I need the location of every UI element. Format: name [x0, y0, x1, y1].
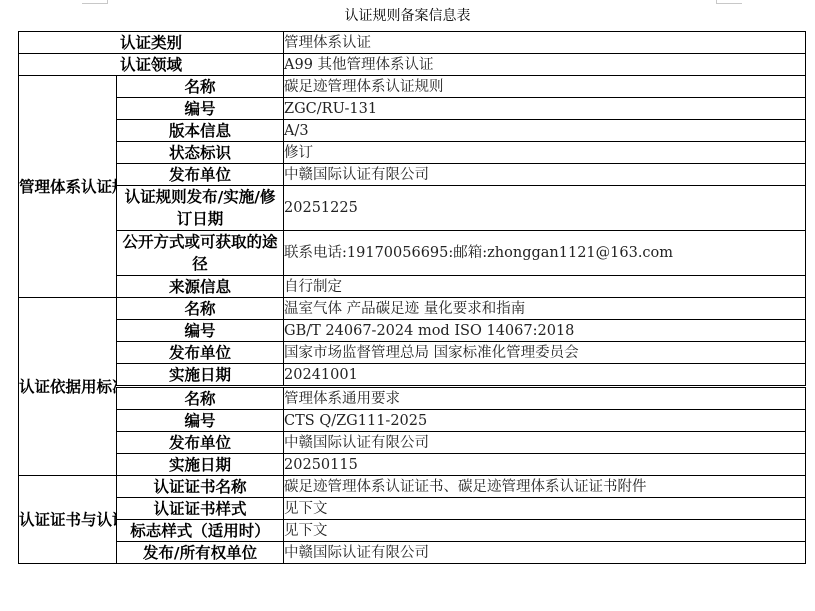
field-value: 碳足迹管理体系认证证书、碳足迹管理体系认证证书附件 — [284, 476, 806, 498]
field-label: 发布单位 — [117, 342, 284, 364]
table-row: 标志样式（适用时） 见下文 — [19, 520, 806, 542]
table-row: 来源信息 自行制定 — [19, 276, 806, 298]
field-value: CTS Q/ZG111-2025 — [284, 410, 806, 432]
table-row: 认证证书与认证标志 认证证书名称 碳足迹管理体系认证证书、碳足迹管理体系认证证书… — [19, 476, 806, 498]
field-label: 发布单位 — [117, 432, 284, 454]
table-row: 版本信息 A/3 — [19, 120, 806, 142]
field-value: A99 其他管理体系认证 — [284, 54, 806, 76]
field-value: ZGC/RU-131 — [284, 98, 806, 120]
field-value: 修订 — [284, 142, 806, 164]
field-value: 20251225 — [284, 186, 806, 231]
table-row: 认证证书样式 见下文 — [19, 498, 806, 520]
table-row-cert-category: 认证类别 管理体系认证 — [19, 32, 806, 54]
table-row: 发布单位 中赣国际认证有限公司 — [19, 164, 806, 186]
field-value: 20250115 — [284, 454, 806, 476]
page-corner-mark-left — [82, 0, 108, 4]
field-label: 名称 — [117, 298, 284, 320]
table-row: 认证依据用标准或技术规范 名称 温室气体 产品碳足迹 量化要求和指南 — [19, 298, 806, 320]
field-value: 联系电话:19170056695:邮箱:zhonggan1121@163.com — [284, 231, 806, 276]
table-row: 编号 GB/T 24067-2024 mod ISO 14067:2018 — [19, 320, 806, 342]
field-label: 编号 — [117, 320, 284, 342]
table-row: 编号 CTS Q/ZG111-2025 — [19, 410, 806, 432]
field-label: 认证证书名称 — [117, 476, 284, 498]
table-row-cert-field: 认证领域 A99 其他管理体系认证 — [19, 54, 806, 76]
section-group-label: 认证依据用标准或技术规范 — [19, 298, 117, 476]
page-corner-mark-right — [716, 0, 742, 4]
table-row: 认证规则发布/实施/修订日期 20251225 — [19, 186, 806, 231]
field-label: 标志样式（适用时） — [117, 520, 284, 542]
field-value: 温室气体 产品碳足迹 量化要求和指南 — [284, 298, 806, 320]
field-label: 状态标识 — [117, 142, 284, 164]
field-value: 自行制定 — [284, 276, 806, 298]
section-group-label: 认证证书与认证标志 — [19, 476, 117, 564]
document-title: 认证规则备案信息表 — [0, 5, 815, 25]
table-row: 编号 ZGC/RU-131 — [19, 98, 806, 120]
table-row: 发布单位 国家市场监督管理总局 国家标准化管理委员会 — [19, 342, 806, 364]
table-row: 公开方式或可获取的途径 联系电话:19170056695:邮箱:zhonggan… — [19, 231, 806, 276]
field-label: 认证证书样式 — [117, 498, 284, 520]
field-label: 编号 — [117, 98, 284, 120]
field-value: 见下文 — [284, 520, 806, 542]
field-label: 编号 — [117, 410, 284, 432]
field-label: 认证领域 — [19, 54, 284, 76]
field-label: 版本信息 — [117, 120, 284, 142]
table-row: 发布/所有权单位 中赣国际认证有限公司 — [19, 542, 806, 564]
field-label: 实施日期 — [117, 454, 284, 476]
field-label: 认证类别 — [19, 32, 284, 54]
field-label: 发布/所有权单位 — [117, 542, 284, 564]
field-label: 公开方式或可获取的途径 — [117, 231, 284, 276]
field-value: 管理体系认证 — [284, 32, 806, 54]
table-row: 实施日期 20250115 — [19, 454, 806, 476]
field-value: 见下文 — [284, 498, 806, 520]
field-label: 来源信息 — [117, 276, 284, 298]
field-value: 碳足迹管理体系认证规则 — [284, 76, 806, 98]
field-value: 国家市场监督管理总局 国家标准化管理委员会 — [284, 342, 806, 364]
field-label: 实施日期 — [117, 364, 284, 387]
field-label: 名称 — [117, 387, 284, 410]
field-value: 中赣国际认证有限公司 — [284, 164, 806, 186]
field-value: 中赣国际认证有限公司 — [284, 542, 806, 564]
table-row: 发布单位 中赣国际认证有限公司 — [19, 432, 806, 454]
field-value: 管理体系通用要求 — [284, 387, 806, 410]
field-label: 名称 — [117, 76, 284, 98]
table-row: 状态标识 修订 — [19, 142, 806, 164]
table-row: 实施日期 20241001 — [19, 364, 806, 387]
field-label: 认证规则发布/实施/修订日期 — [117, 186, 284, 231]
field-label: 发布单位 — [117, 164, 284, 186]
table-row: 名称 管理体系通用要求 — [19, 387, 806, 410]
filing-info-table: 认证类别 管理体系认证 认证领域 A99 其他管理体系认证 管理体系认证规则 名… — [18, 31, 806, 564]
table-row: 管理体系认证规则 名称 碳足迹管理体系认证规则 — [19, 76, 806, 98]
field-value: 20241001 — [284, 364, 806, 387]
field-value: GB/T 24067-2024 mod ISO 14067:2018 — [284, 320, 806, 342]
field-value: A/3 — [284, 120, 806, 142]
field-value: 中赣国际认证有限公司 — [284, 432, 806, 454]
section-group-label: 管理体系认证规则 — [19, 76, 117, 298]
